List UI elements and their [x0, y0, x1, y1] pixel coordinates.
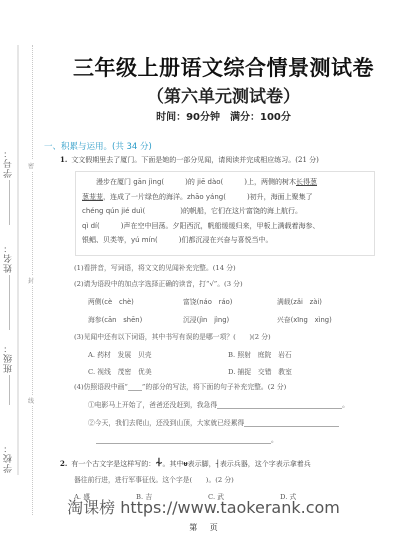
- name-field-line[interactable]: [9, 275, 10, 330]
- watermark: 淘课榜 https://www.taokerank.com: [0, 495, 407, 518]
- fill-sentence-2: ②今天，我们去爬山，还没到山顶，大家就已经累得: [88, 417, 339, 427]
- seal-mark-mi: 密: [28, 160, 34, 171]
- choice-option-c[interactable]: C. 视线 茂密 优美: [88, 366, 152, 376]
- seal-mark-xian: 线: [28, 395, 34, 406]
- question-prompt: 文文假期里去了厦门。下面是她的一部分见闻，请阅读并完成相应练习。(21 分): [71, 156, 319, 164]
- answer-line[interactable]: [244, 426, 339, 427]
- student-number-label: 学号：: [2, 148, 18, 178]
- sub-question-4: (4)仿照语段中画“”的部分的写法，将下面的句子补充完整。(2 分): [74, 381, 286, 391]
- underlined-phrase: 长得葱: [296, 178, 317, 186]
- page-title: 三年级上册语文综合情景测试卷: [40, 52, 407, 82]
- class-label: 班级：: [2, 343, 18, 373]
- fill-sentence-2-continued: 。: [96, 434, 278, 444]
- sub-question-3: (3)见闻中还有以下词语，其中书写有误的是哪一项？( )(2 分): [74, 331, 271, 341]
- question-number: 2.: [60, 459, 67, 468]
- sub-question-2: (2)请为语段中的加点字选择正确的读音，打“√”。(3 分): [74, 278, 243, 288]
- pronunciation-option[interactable]: 两侧(cè chè): [88, 296, 134, 306]
- seal-mark-feng: 封: [28, 275, 34, 286]
- name-label: 姓名：: [2, 243, 18, 273]
- school-label: 学校：: [2, 443, 18, 473]
- pronunciation-option[interactable]: 海参(cān shēn): [88, 314, 142, 324]
- sub-question-1: (1)看拼音，写词语，将文文的见闻补充完整。(14 分): [74, 262, 236, 272]
- passage-line: 葱茏茏，连成了一片绿色的海洋。zhāo yáng( )初升，海面上聚集了: [82, 190, 368, 205]
- answer-blank[interactable]: )们都沉浸在兴奋与喜悦当中。: [158, 236, 273, 244]
- passage-line: qì dí( )声在空中回荡。夕阳西沉，帆船缓缓归来，甲板上满载着海参、: [82, 219, 368, 234]
- student-number-field-line[interactable]: [9, 180, 10, 225]
- time-and-score-info: 时间：90分钟 满分：100分: [40, 108, 407, 123]
- choice-option-b[interactable]: B. 照射 庭院 岩石: [228, 349, 292, 359]
- question-2-line-2: 器往前行进，进行军事征伐。这个字是( )。(2 分): [74, 474, 234, 484]
- answer-line[interactable]: [96, 443, 271, 444]
- pronunciation-option[interactable]: 沉浸(jìn jìng): [183, 314, 229, 324]
- question-1: 1.文文假期里去了厦门。下面是她的一部分见闻，请阅读并完成相应练习。(21 分): [60, 155, 319, 165]
- section-heading: 一、积累与运用。(共 34 分): [44, 140, 152, 152]
- fill-sentence-1: ①电影马上开始了，爸爸还没赶到，我急得。: [88, 399, 349, 409]
- underlined-phrase: 葱茏茏: [82, 193, 103, 201]
- pronunciation-option[interactable]: 富饶(náo ráo): [183, 296, 232, 306]
- pronunciation-option[interactable]: 兴奋(xīng xìng): [277, 314, 332, 324]
- question-number: 1.: [60, 155, 67, 164]
- ancient-character-glyph: ⍭: [155, 455, 162, 470]
- page-subtitle: （第六单元测试卷）: [40, 82, 407, 107]
- answer-blank[interactable]: )的: [164, 178, 197, 186]
- page-footer: 第 页: [0, 522, 407, 533]
- reading-passage: 漫步在厦门 gān jìng( )的 jiē dào( )上，两侧的树木长得葱 …: [75, 171, 375, 256]
- underline-sample: [128, 390, 142, 391]
- passage-line: 银鲳、贝类等，yú mín( )们都沉浸在兴奋与喜悦当中。: [82, 233, 368, 248]
- answer-blank[interactable]: )声在空中回荡。夕阳西沉，帆船缓缓归来，甲板上满载着海参、: [100, 222, 320, 230]
- answer-blank[interactable]: )的帆船，它们在这片富饶的海上航行。: [145, 207, 302, 215]
- answer-line[interactable]: [217, 408, 342, 409]
- pronunciation-option[interactable]: 满载(zǎi zài): [277, 296, 322, 306]
- answer-blank[interactable]: )上，两侧的树木: [223, 178, 296, 186]
- class-field-line[interactable]: [9, 375, 10, 405]
- choice-option-a[interactable]: A. 药材 发展 贝壳: [88, 349, 152, 359]
- answer-blank[interactable]: )初升，海面上聚集了: [226, 193, 313, 201]
- question-2: 2.有一个古文字是这样写的：⍭。其中ᵾ表示脚，┤表示兵器，这个字表示拿着兵: [60, 455, 311, 470]
- passage-line: chéng qún jié duì( )的帆船，它们在这片富饶的海上航行。: [82, 204, 368, 219]
- passage-line: 漫步在厦门 gān jìng( )的 jiē dào( )上，两侧的树木长得葱: [82, 175, 368, 190]
- choice-option-d[interactable]: D. 捕捉 交错 教室: [228, 366, 292, 376]
